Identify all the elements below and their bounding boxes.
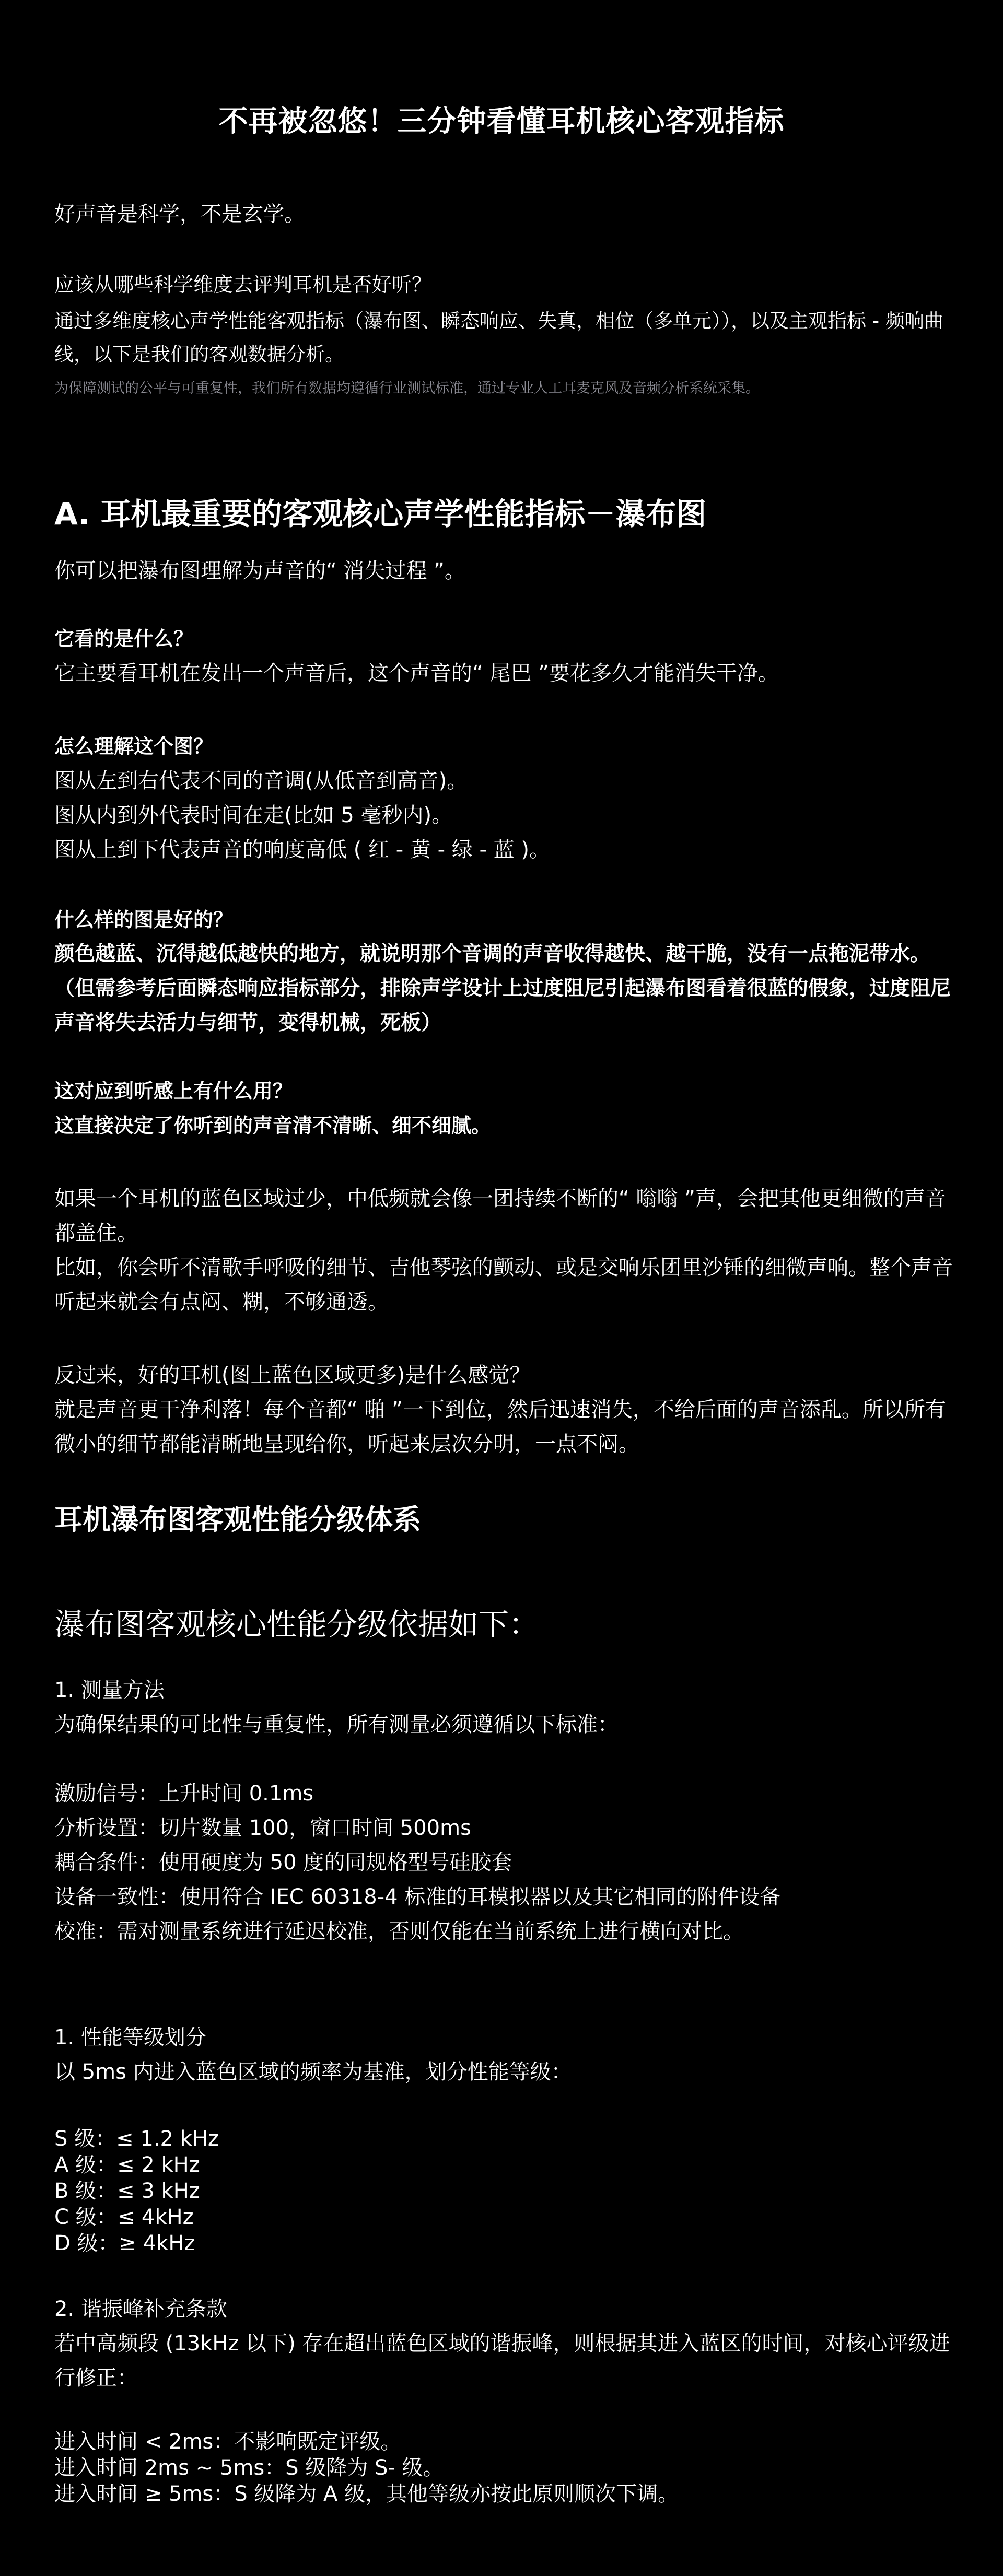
method-title: 1. 测量方法 xyxy=(54,1673,953,1707)
paragraph-1: 如果一个耳机的蓝色区域过少，中低频就会像一团持续不断的“ 嗡嗡 ”声，会把其他更… xyxy=(54,1181,953,1250)
intro-question: 应该从哪些科学维度去评判耳机是否好听？ xyxy=(54,272,953,298)
q3-answer: 颜色越蓝、沉得越低越快的地方，就说明那个音调的声音收得越快、越干脆，没有一点拖泥… xyxy=(54,937,953,1040)
q2-lines: 图从左到右代表不同的音调(从低音到高音)。 图从内到外代表时间在走(比如 5 毫… xyxy=(54,764,953,867)
method-item: 耦合条件：使用硬度为 50 度的同规格型号硅胶套 xyxy=(54,1845,953,1880)
level-item: C 级：≤ 4kHz xyxy=(54,2204,953,2230)
resonance-intro: 若中高频段 (13kHz 以下) 存在超出蓝色区域的谐振峰，则根据其进入蓝区的时… xyxy=(54,2326,953,2395)
q1-question: 它看的是什么？ xyxy=(54,622,953,656)
levels-title: 1. 性能等级划分 xyxy=(54,2020,953,2055)
q4-answer: 这直接决定了你听到的声音清不清晰、细不细腻。 xyxy=(54,1108,953,1143)
paragraph-2: 比如，你会听不清歌手呼吸的细节、吉他琴弦的颤动、或是交响乐团里沙锤的细微声响。整… xyxy=(54,1250,953,1319)
grading-heading: 耳机瀑布图客观性能分级体系 xyxy=(54,1499,953,1541)
section-a-heading: A. 耳机最重要的客观核心声学性能指标－瀑布图 xyxy=(54,493,953,535)
paragraph-3-answer: 就是声音更干净利落！每个音都“ 啪 ”一下到位，然后迅速消失，不给后面的声音添乱… xyxy=(54,1392,953,1461)
q2-line: 图从上到下代表声音的响度高低 ( 红 - 黄 - 绿 - 蓝 )。 xyxy=(54,833,953,867)
q2-line: 图从内到外代表时间在走(比如 5 毫秒内)。 xyxy=(54,798,953,833)
grading-subheading: 瀑布图客观核心性能分级依据如下： xyxy=(54,1603,953,1645)
q2-question: 怎么理解这个图？ xyxy=(54,729,953,764)
method-item: 设备一致性：使用符合 IEC 60318-4 标准的耳模拟器以及其它相同的附件设… xyxy=(54,1880,953,1914)
q3-question: 什么样的图是好的？ xyxy=(54,903,953,937)
q1-answer: 它主要看耳机在发出一个声音后，这个声音的“ 尾巴 ”要花多久才能消失干净。 xyxy=(54,656,953,690)
level-item: D 级：≥ 4kHz xyxy=(54,2230,953,2256)
q2-line: 图从左到右代表不同的音调(从低音到高音)。 xyxy=(54,764,953,798)
method-item: 校准：需对测量系统进行延迟校准，否则仅能在当前系统上进行横向对比。 xyxy=(54,1914,953,1949)
method-list: 激励信号：上升时间 0.1ms 分析设置：切片数量 100，窗口时间 500ms… xyxy=(54,1776,953,1949)
method-item: 激励信号：上升时间 0.1ms xyxy=(54,1776,953,1811)
section-a-lead: 你可以把瀑布图理解为声音的“ 消失过程 ”。 xyxy=(54,554,953,588)
q4-question: 这对应到听感上有什么用？ xyxy=(54,1074,953,1108)
intro-note: 为保障测试的公平与可重复性，我们所有数据均遵循行业测试标准，通过专业人工耳麦克风… xyxy=(54,378,953,399)
intro-answer: 通过多维度核心声学性能客观指标（瀑布图、瞬态响应、失真，相位（多单元）），以及主… xyxy=(54,305,953,371)
resonance-item: 进入时间 ≥ 5ms：S 级降为 A 级，其他等级亦按此原则顺次下调。 xyxy=(54,2481,953,2507)
levels-intro: 以 5ms 内进入蓝色区域的频率为基准，划分性能等级： xyxy=(54,2055,953,2089)
resonance-list: 进入时间 < 2ms：不影响既定评级。 进入时间 2ms ~ 5ms：S 级降为… xyxy=(54,2429,953,2507)
level-item: A 级：≤ 2 kHz xyxy=(54,2152,953,2178)
resonance-item: 进入时间 < 2ms：不影响既定评级。 xyxy=(54,2429,953,2455)
tagline: 好声音是科学，不是玄学。 xyxy=(54,197,953,231)
method-intro: 为确保结果的可比性与重复性，所有测量必须遵循以下标准： xyxy=(54,1707,953,1742)
levels-list: S 级：≤ 1.2 kHz A 级：≤ 2 kHz B 级：≤ 3 kHz C … xyxy=(54,2126,953,2256)
level-item: S 级：≤ 1.2 kHz xyxy=(54,2126,953,2152)
page-title: 不再被忽悠！三分钟看懂耳机核心客观指标 xyxy=(0,103,1003,140)
paragraph-3-question: 反过来，好的耳机(图上蓝色区域更多)是什么感觉？ xyxy=(54,1358,953,1392)
resonance-item: 进入时间 2ms ~ 5ms：S 级降为 S- 级。 xyxy=(54,2455,953,2481)
resonance-title: 2. 谐振峰补充条款 xyxy=(54,2292,953,2326)
level-item: B 级：≤ 3 kHz xyxy=(54,2178,953,2204)
method-item: 分析设置：切片数量 100，窗口时间 500ms xyxy=(54,1811,953,1845)
